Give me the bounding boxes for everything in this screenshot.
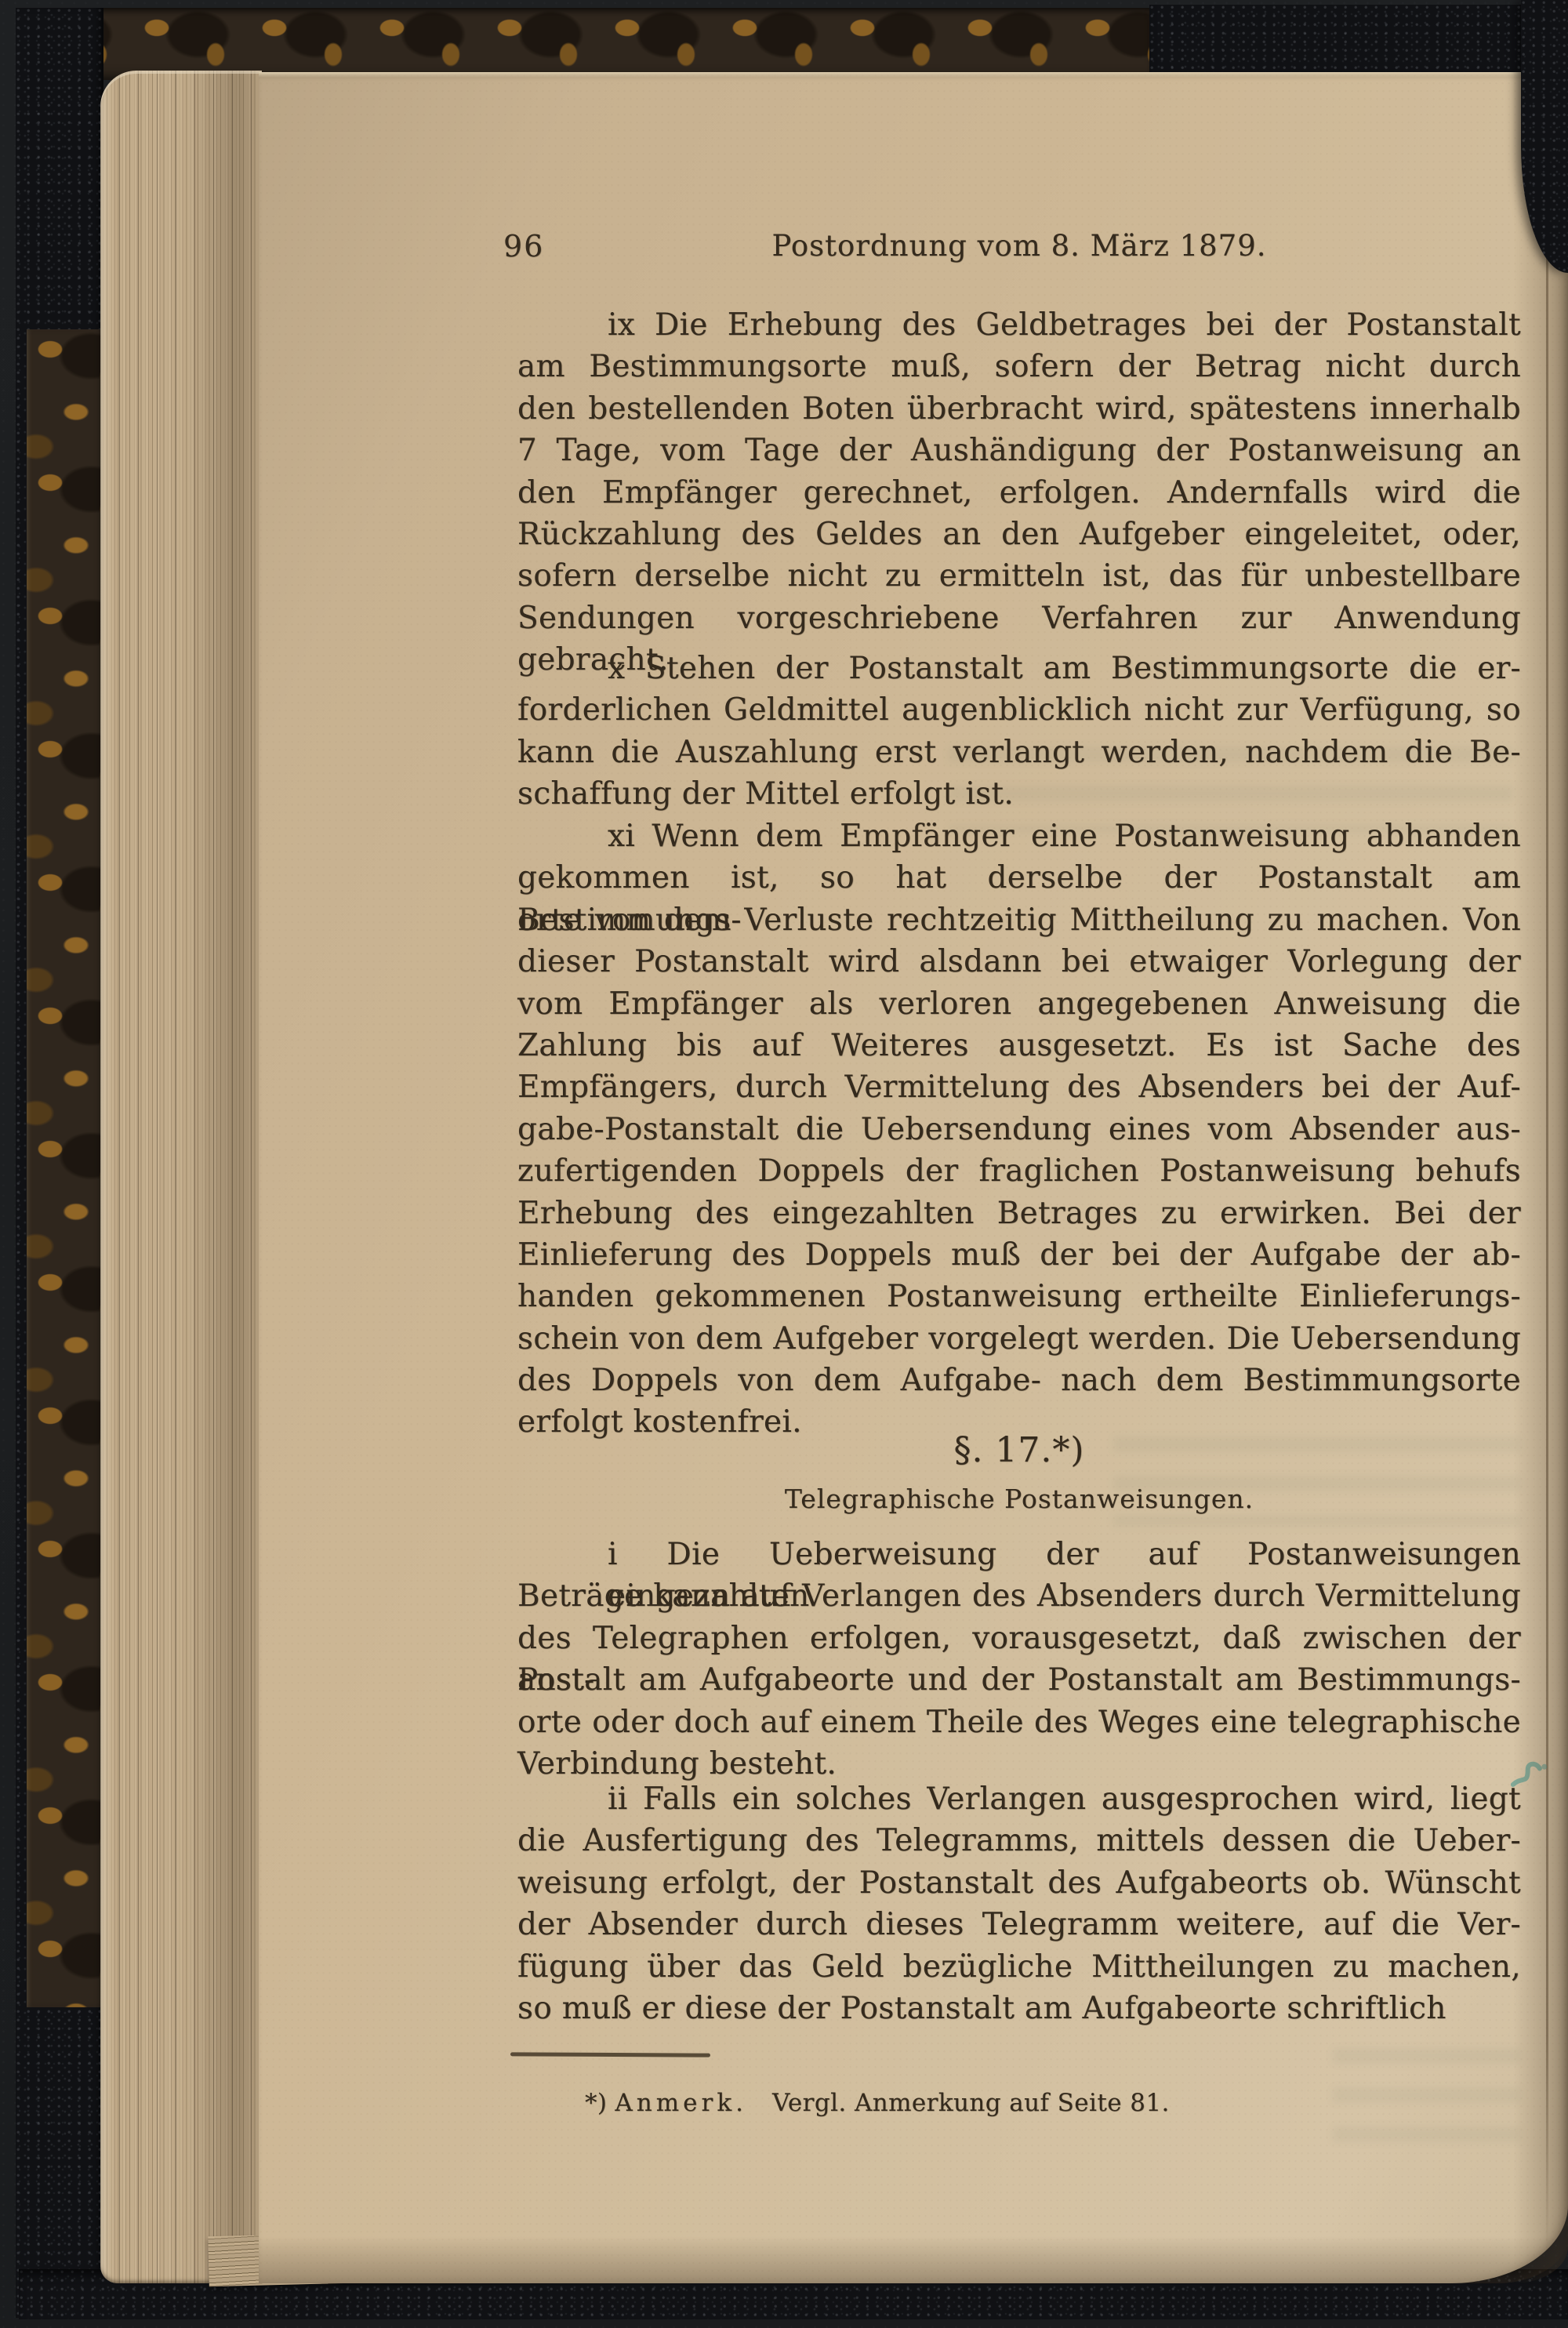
paragraph-x: x Stehen der Postanstalt am Bestimmungso… xyxy=(517,648,1521,815)
text-line: Erhebung des eingezahlten Betrages zu er… xyxy=(517,1193,1521,1234)
text-line: Einlieferung des Doppels muß der bei der… xyxy=(517,1234,1521,1276)
text-line: orte von dem Verluste rechtzeitig Mitthe… xyxy=(517,899,1521,941)
text-line: forderlichen Geldmittel augenblicklich n… xyxy=(517,689,1521,731)
text-line: den bestellenden Boten überbracht wird, … xyxy=(517,388,1521,430)
text-line: vom Empfänger als verloren angegebenen A… xyxy=(517,983,1521,1025)
text-line: am Bestimmungsorte muß, sofern der Betra… xyxy=(517,346,1521,387)
text-line: ii Falls ein solches Verlangen ausgespro… xyxy=(517,1778,1521,1820)
page-bottom-shadow xyxy=(259,2236,1568,2283)
text-line: so muß er diese der Postanstalt am Aufga… xyxy=(517,1988,1521,2029)
text-line: des Doppels von dem Aufgabe- nach dem Be… xyxy=(517,1360,1521,1401)
text-line: x Stehen der Postanstalt am Bestimmungso… xyxy=(517,648,1521,689)
text-line: Beträge kann auf Verlangen des Absenders… xyxy=(517,1575,1521,1617)
text-line: zufertigenden Doppels der fraglichen Pos… xyxy=(517,1150,1521,1192)
text-line: der Absender durch dieses Telegramm weit… xyxy=(517,1904,1521,1945)
text-line: den Empfänger gerechnet, erfolgen. Ander… xyxy=(517,472,1521,514)
text-line: i Die Ueberweisung der auf Postanweisung… xyxy=(517,1534,1521,1575)
footnote-rule xyxy=(510,2052,710,2057)
reader-ink-mark xyxy=(1505,1750,1553,1803)
book-page: 96 Postordnung vom 8. März 1879. ix Die … xyxy=(259,72,1568,2283)
text-line: gekommen ist, so hat derselbe der Postan… xyxy=(517,857,1521,899)
text-line: dieser Postanstalt wird alsdann bei etwa… xyxy=(517,941,1521,982)
text-line: kann die Auszahlung erst verlangt werden… xyxy=(517,732,1521,773)
page-fore-edges xyxy=(100,71,262,2283)
paragraph-xi: xi Wenn dem Empfänger eine Postanweisung… xyxy=(517,815,1521,1444)
section-heading: §. 17.*) xyxy=(517,1430,1521,1470)
paragraph-ix: ix Die Erhebung des Geldbetrages bei der… xyxy=(517,304,1521,639)
book-cover-top-edge xyxy=(16,8,1152,80)
text-line: 7 Tage, vom Tage der Aushändigung der Po… xyxy=(517,430,1521,471)
text-line: sofern derselbe nicht zu ermitteln ist, … xyxy=(517,555,1521,597)
paragraph-ii: ii Falls ein solches Verlangen ausgespro… xyxy=(517,1778,1521,2029)
book-scan: 96 Postordnung vom 8. März 1879. ix Die … xyxy=(0,0,1568,2328)
footnote-marker: *) xyxy=(585,2089,607,2117)
text-line: die Ausfertigung des Telegramms, mittels… xyxy=(517,1820,1521,1861)
paragraph-i: i Die Ueberweisung der auf Postanweisung… xyxy=(517,1534,1521,1785)
text-line: xi Wenn dem Empfänger eine Postanweisung… xyxy=(517,815,1521,857)
footnote: *)Anmerk.Vergl. Anmerkung auf Seite 81. xyxy=(517,2089,1521,2117)
section-subheading: Telegraphische Postanweisungen. xyxy=(517,1484,1521,1514)
book-cover-marbled-paper xyxy=(27,329,103,2007)
text-line: gabe-Postanstalt die Uebersendung eines … xyxy=(517,1109,1521,1150)
footnote-label: Anmerk. xyxy=(607,2089,758,2117)
text-line: des Telegraphen erfolgen, vorausgesetzt,… xyxy=(517,1618,1521,1659)
text-line: handen gekommenen Postanweisung ertheilt… xyxy=(517,1276,1521,1317)
text-line: Rückzahlung des Geldes an den Aufgeber e… xyxy=(517,514,1521,555)
text-line: Sendungen vorgeschriebene Verfahren zur … xyxy=(517,597,1521,639)
text-line: weisung erfolgt, der Postanstalt des Auf… xyxy=(517,1862,1521,1904)
text-line: schein von dem Aufgeber vorgelegt werden… xyxy=(517,1318,1521,1360)
text-line: ix Die Erhebung des Geldbetrages bei der… xyxy=(517,304,1521,346)
text-line: fügung über das Geld bezügliche Mittheil… xyxy=(517,1946,1521,1988)
text-line: Zahlung bis auf Weiteres ausgesetzt. Es … xyxy=(517,1025,1521,1066)
running-header: Postordnung vom 8. März 1879. xyxy=(517,229,1521,263)
page-edge-crease xyxy=(1546,104,1548,2252)
text-line: Empfängers, durch Vermittelung des Absen… xyxy=(517,1066,1521,1108)
text-line: orte oder doch auf einem Theile des Wege… xyxy=(517,1702,1521,1743)
footnote-text: Vergl. Anmerkung auf Seite 81. xyxy=(758,2089,1170,2117)
text-line: schaffung der Mittel erfolgt ist. xyxy=(517,773,1521,815)
text-line: anstalt am Aufgabeorte und der Postansta… xyxy=(517,1659,1521,1701)
